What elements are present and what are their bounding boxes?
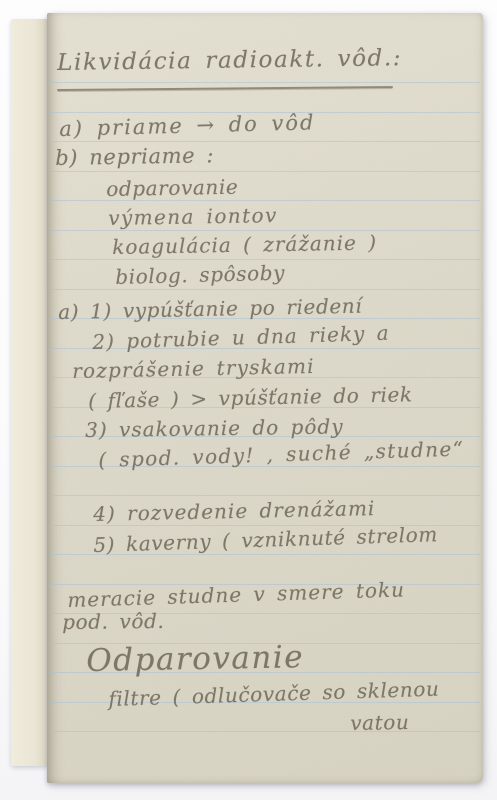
underlying-pages-edge — [11, 19, 51, 766]
rule-line — [50, 466, 480, 467]
rule-line — [50, 554, 480, 555]
rule-line — [50, 495, 480, 496]
rule-line — [50, 731, 480, 732]
rule-line — [50, 318, 480, 319]
scanned-notebook-photo: Likvidácia radioakt. vôd.:a) priame → do… — [0, 0, 497, 800]
rule-line — [50, 377, 480, 378]
rule-line — [50, 643, 480, 644]
rule-line — [50, 230, 480, 231]
rule-line — [50, 613, 480, 614]
rule-line — [50, 141, 480, 142]
rule-line — [50, 112, 480, 113]
rule-line — [50, 171, 480, 172]
rule-line — [50, 200, 480, 201]
rule-line — [50, 348, 480, 349]
rule-line — [50, 407, 480, 408]
rule-line — [50, 289, 480, 290]
rule-line — [50, 82, 480, 83]
rule-line — [50, 672, 480, 673]
rule-line — [50, 436, 480, 437]
rule-line — [50, 702, 480, 703]
rule-line — [50, 584, 480, 585]
rule-line — [50, 259, 480, 260]
rule-line — [50, 525, 480, 526]
ruled-lines-layer — [47, 13, 483, 783]
